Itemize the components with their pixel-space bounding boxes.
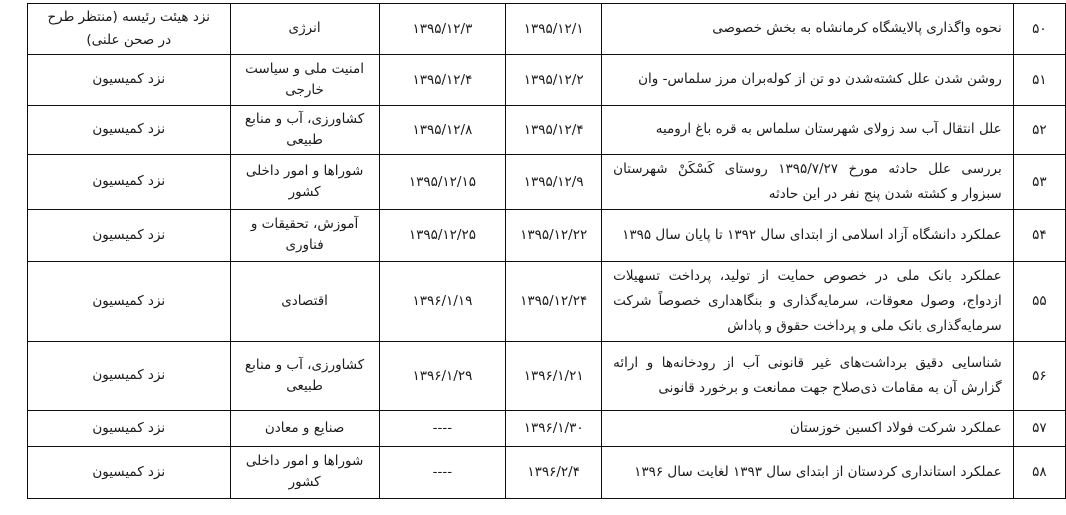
date-announce-cell: ۱۳۹۵/۱۲/۴ bbox=[506, 105, 602, 154]
table-row: ۵۰ نحوه واگذاری پالایشگاه کرمانشاه به بخ… bbox=[28, 4, 1066, 55]
date-announce-cell: ۱۳۹۶/۱/۲۱ bbox=[506, 341, 602, 410]
date-referral-cell: ۱۳۹۵/۱۲/۳ bbox=[379, 4, 506, 55]
status-cell: نزد کمیسیون bbox=[28, 446, 231, 498]
title-cell: شناسایی دقیق برداشت‌های غیر قانونی آب از… bbox=[602, 341, 1014, 410]
row-number-cell: ۵۴ bbox=[1013, 209, 1065, 261]
title-cell: بررسی علل حادثه مورخ ۱۳۹۵/۷/۲۷ روستای کَ… bbox=[602, 154, 1014, 209]
committee-cell: شوراها و امور داخلی کشور bbox=[230, 154, 379, 209]
title-cell: عملکرد استانداری کردستان از ابتدای سال ۱… bbox=[602, 446, 1014, 498]
table-row: ۵۲ علل انتقال آب سد زولای شهرستان سلماس … bbox=[28, 105, 1066, 154]
date-referral-cell: ۱۳۹۶/۱/۱۹ bbox=[379, 261, 506, 341]
table-row: ۵۸ عملکرد استانداری کردستان از ابتدای سا… bbox=[28, 446, 1066, 498]
date-referral-cell: ۱۳۹۶/۱/۲۹ bbox=[379, 341, 506, 410]
date-announce-cell: ۱۳۹۶/۱/۳۰ bbox=[506, 410, 602, 446]
committee-cell: کشاورزی، آب و منابع طبیعی bbox=[230, 105, 379, 154]
row-number-cell: ۵۲ bbox=[1013, 105, 1065, 154]
row-number-cell: ۵۸ bbox=[1013, 446, 1065, 498]
title-cell: عملکرد بانک ملی در خصوص حمایت از تولید، … bbox=[602, 261, 1014, 341]
committee-cell: کشاورزی، آب و منابع طبیعی bbox=[230, 341, 379, 410]
status-cell: نزد کمیسیون bbox=[28, 410, 231, 446]
table-row: ۵۱ روشن شدن علل کشته‌شدن دو تن از کوله‌ب… bbox=[28, 54, 1066, 105]
date-announce-cell: ۱۳۹۵/۱۲/۱ bbox=[506, 4, 602, 55]
row-number-cell: ۵۵ bbox=[1013, 261, 1065, 341]
date-referral-cell: ---- bbox=[379, 410, 506, 446]
title-cell: روشن شدن علل کشته‌شدن دو تن از کوله‌بران… bbox=[602, 54, 1014, 105]
committee-cell: شوراها و امور داخلی کشور bbox=[230, 446, 379, 498]
status-cell: نزد هیئت رئیسه (منتظر طرح در صحن علنی) bbox=[28, 4, 231, 55]
table-row: ۵۷ عملکرد شرکت فولاد اکسین خوزستان ۱۳۹۶/… bbox=[28, 410, 1066, 446]
title-cell: علل انتقال آب سد زولای شهرستان سلماس به … bbox=[602, 105, 1014, 154]
status-cell: نزد کمیسیون bbox=[28, 105, 231, 154]
status-cell: نزد کمیسیون bbox=[28, 209, 231, 261]
committee-cell: صنایع و معادن bbox=[230, 410, 379, 446]
table-row: ۵۵ عملکرد بانک ملی در خصوص حمایت از تولی… bbox=[28, 261, 1066, 341]
date-announce-cell: ۱۳۹۵/۱۲/۲ bbox=[506, 54, 602, 105]
date-referral-cell: ۱۳۹۵/۱۲/۸ bbox=[379, 105, 506, 154]
table-row: ۵۳ بررسی علل حادثه مورخ ۱۳۹۵/۷/۲۷ روستای… bbox=[28, 154, 1066, 209]
committee-cell: آموزش، تحقیقات و فناوری bbox=[230, 209, 379, 261]
date-announce-cell: ۱۳۹۵/۱۲/۲۲ bbox=[506, 209, 602, 261]
row-number-cell: ۵۶ bbox=[1013, 341, 1065, 410]
committee-cell: امنیت ملی و سیاست خارجی bbox=[230, 54, 379, 105]
date-referral-cell: ۱۳۹۵/۱۲/۲۵ bbox=[379, 209, 506, 261]
committee-cell: اقتصادی bbox=[230, 261, 379, 341]
status-cell: نزد کمیسیون bbox=[28, 341, 231, 410]
committee-cell: انرژی bbox=[230, 4, 379, 55]
date-referral-cell: ---- bbox=[379, 446, 506, 498]
date-announce-cell: ۱۳۹۵/۱۲/۲۴ bbox=[506, 261, 602, 341]
date-referral-cell: ۱۳۹۵/۱۲/۴ bbox=[379, 54, 506, 105]
date-referral-cell: ۱۳۹۵/۱۲/۱۵ bbox=[379, 154, 506, 209]
table-row: ۵۶ شناسایی دقیق برداشت‌های غیر قانونی آب… bbox=[28, 341, 1066, 410]
table-row: ۵۴ عملکرد دانشگاه آزاد اسلامی از ابتدای … bbox=[28, 209, 1066, 261]
row-number-cell: ۵۰ bbox=[1013, 4, 1065, 55]
status-cell: نزد کمیسیون bbox=[28, 154, 231, 209]
reports-table: ۵۰ نحوه واگذاری پالایشگاه کرمانشاه به بخ… bbox=[27, 3, 1066, 499]
title-cell: نحوه واگذاری پالایشگاه کرمانشاه به بخش خ… bbox=[602, 4, 1014, 55]
date-announce-cell: ۱۳۹۶/۲/۴ bbox=[506, 446, 602, 498]
title-cell: عملکرد دانشگاه آزاد اسلامی از ابتدای سال… bbox=[602, 209, 1014, 261]
row-number-cell: ۵۷ bbox=[1013, 410, 1065, 446]
row-number-cell: ۵۳ bbox=[1013, 154, 1065, 209]
row-number-cell: ۵۱ bbox=[1013, 54, 1065, 105]
document-page: { "document": { "language": "fa", "direc… bbox=[0, 0, 1066, 515]
status-cell: نزد کمیسیون bbox=[28, 261, 231, 341]
date-announce-cell: ۱۳۹۵/۱۲/۹ bbox=[506, 154, 602, 209]
status-cell: نزد کمیسیون bbox=[28, 54, 231, 105]
title-cell: عملکرد شرکت فولاد اکسین خوزستان bbox=[602, 410, 1014, 446]
